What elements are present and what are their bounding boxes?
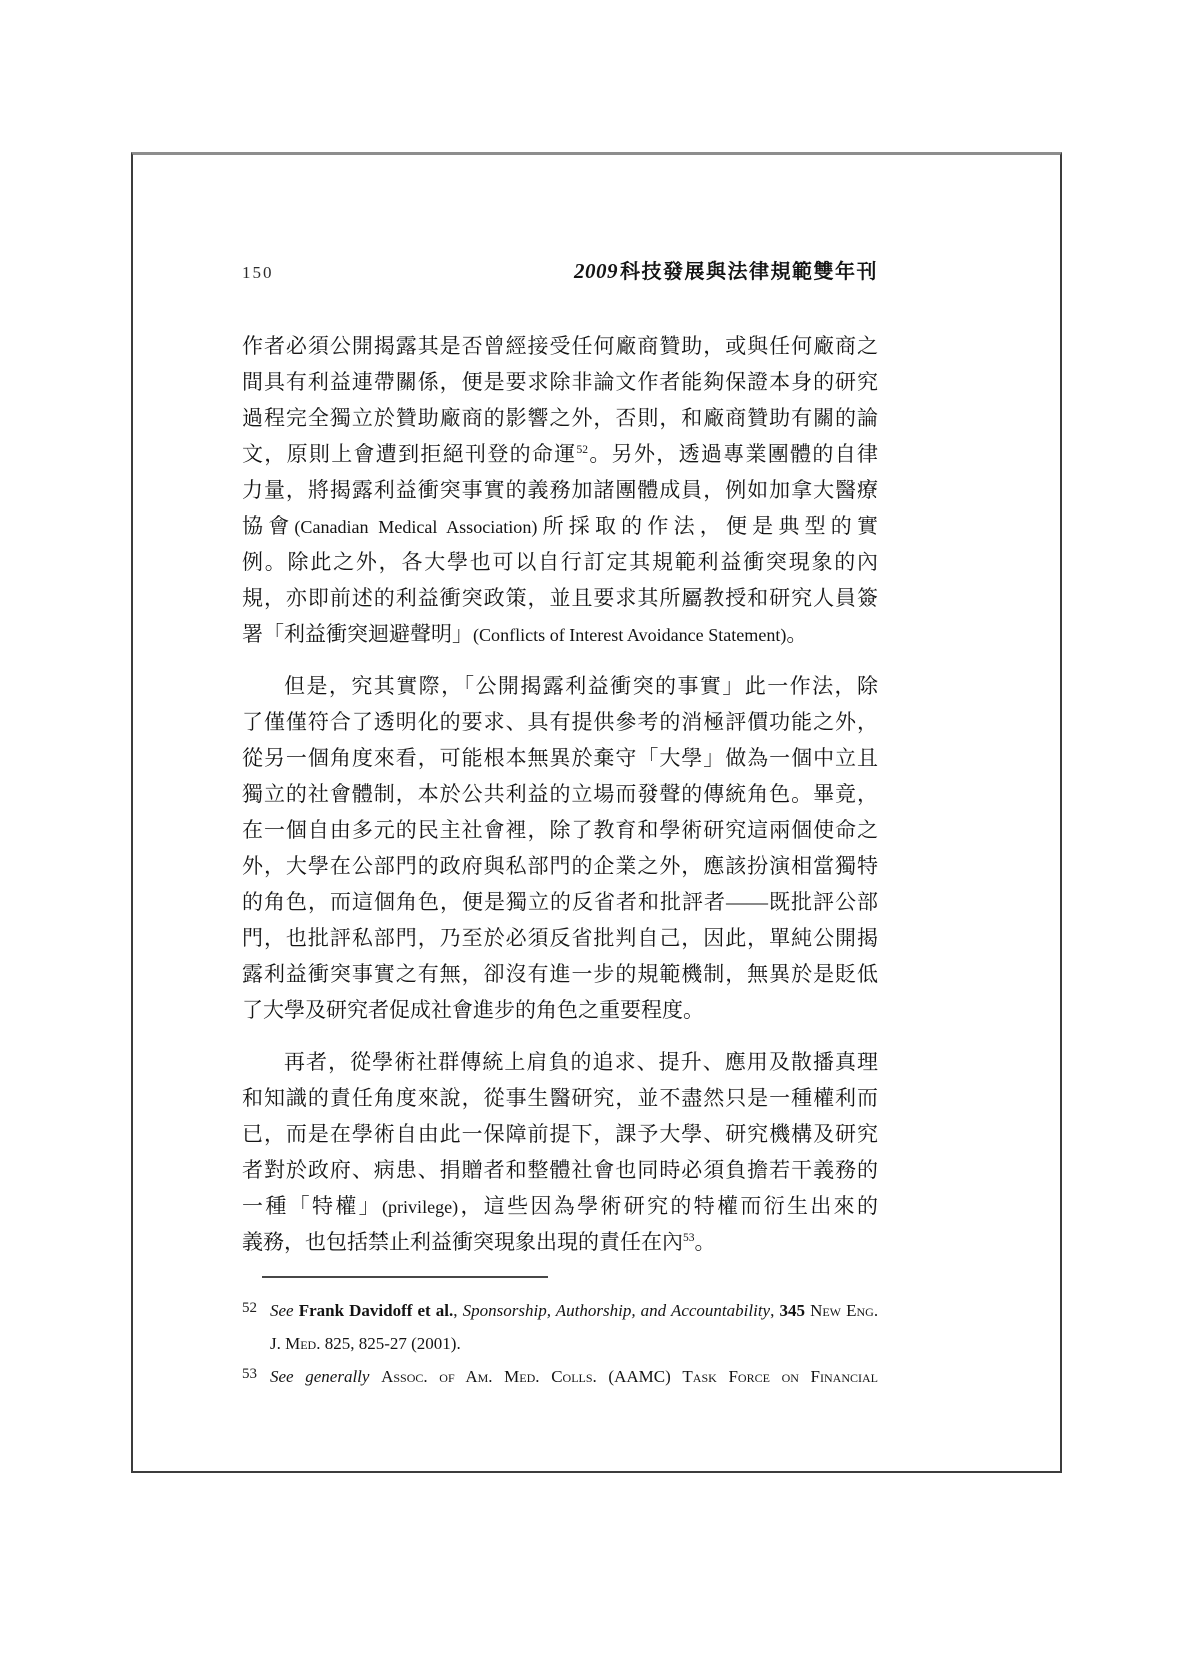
page-content: 150 2009科技發展與法律規範雙年刊 作者必須公開揭露其是否曾經接受任何廠商…: [242, 255, 878, 1393]
footnote-segment: [369, 1367, 381, 1386]
footnote-line: See generally Assoc. of Am. Med. Colls. …: [270, 1360, 878, 1393]
body-line: 了大學及研究者促成社會進步的角色之重要程度。: [242, 992, 878, 1028]
footnote-text: See generally Assoc. of Am. Med. Colls. …: [270, 1360, 878, 1393]
footnote-segment: (AAMC): [597, 1367, 683, 1386]
body-line: 義務，也包括禁止利益衝突現象出現的責任在內53。: [242, 1224, 878, 1260]
body-line: 規，亦即前述的利益衝突政策，並且要求其所屬教授和研究人員簽: [242, 580, 878, 616]
body-line: 過程完全獨立於贊助廠商的影響之外，否則，和廠商贊助有關的論: [242, 400, 878, 436]
body-line: 和知識的責任角度來說，從事生醫研究，並不盡然只是一種權利而: [242, 1080, 878, 1116]
page-border-frame: 150 2009科技發展與法律規範雙年刊 作者必須公開揭露其是否曾經接受任何廠商…: [131, 152, 1062, 1473]
body-line: 在一個自由多元的民主社會裡，除了教育和學術研究這兩個使命之: [242, 812, 878, 848]
body-line: 文，原則上會遭到拒絕刊登的命運52。另外，透過專業團體的自律: [242, 436, 878, 472]
body-line: 的角色，而這個角色，便是獨立的反省者和批評者——既批評公部: [242, 884, 878, 920]
footnote-line: See Frank Davidoff et al., Sponsorship, …: [270, 1294, 878, 1327]
body-text: 作者必須公開揭露其是否曾經接受任何廠商贊助，或與任何廠商之間具有利益連帶關係，便…: [242, 328, 878, 1260]
footnote-segment: ,: [453, 1301, 462, 1320]
paragraph: 但是，究其實際，「公開揭露利益衝突的事實」此一作法，除了僅僅符合了透明化的要求、…: [242, 668, 878, 1028]
body-line: 已，而是在學術自由此一保障前提下，課予大學、研究機構及研究: [242, 1116, 878, 1152]
body-line: 了僅僅符合了透明化的要求、具有提供參考的消極評價功能之外，: [242, 704, 878, 740]
body-line: 間具有利益連帶關係，便是要求除非論文作者能夠保證本身的研究: [242, 364, 878, 400]
body-line: 一種「特權」(privilege)，這些因為學術研究的特權而衍生出來的: [242, 1188, 878, 1224]
body-line: 者對於政府、病患、捐贈者和整體社會也同時必須負擔若干義務的: [242, 1152, 878, 1188]
footnote: 52See Frank Davidoff et al., Sponsorship…: [242, 1294, 878, 1360]
body-line: 從另一個角度來看，可能根本無異於棄守「大學」做為一個中立且: [242, 740, 878, 776]
footnote-segment: 825, 825-27 (2001).: [320, 1334, 460, 1353]
body-line: 獨立的社會體制，本於公共利益的立場而發聲的傳統角色。畢竟，: [242, 776, 878, 812]
footnote-number: 53: [242, 1358, 270, 1391]
footnotes: 52See Frank Davidoff et al., Sponsorship…: [242, 1294, 878, 1393]
footnote-text: See Frank Davidoff et al., Sponsorship, …: [270, 1294, 878, 1360]
footnote-segment: Task Force on Financial: [682, 1367, 878, 1386]
footnote-segment: Sponsorship, Authorship, and Accountabil…: [463, 1301, 770, 1320]
footnote-segment: New Eng.: [810, 1301, 878, 1320]
body-line: 露利益衝突事實之有無，卻沒有進一步的規範機制，無異於是貶低: [242, 956, 878, 992]
footnote-segment: See generally: [270, 1367, 369, 1386]
footnote-segment: Assoc. of Am. Med. Colls.: [381, 1367, 597, 1386]
body-line: 協會(Canadian Medical Association)所採取的作法，便…: [242, 508, 878, 544]
body-line: 門，也批評私部門，乃至於必須反省批判自己，因此，單純公開揭: [242, 920, 878, 956]
body-line: 例。除此之外，各大學也可以自行訂定其規範利益衝突現象的內: [242, 544, 878, 580]
footnote-segment: J. Med.: [270, 1334, 320, 1353]
footnote-ref: 52: [577, 444, 589, 456]
page-header: 150 2009科技發展與法律規範雙年刊: [242, 255, 878, 284]
body-line: 作者必須公開揭露其是否曾經接受任何廠商贊助，或與任何廠商之: [242, 328, 878, 364]
footnote-segment: See: [270, 1301, 294, 1320]
footnote-segment: 345: [779, 1301, 810, 1320]
footnote-segment: Frank Davidoff et al.: [299, 1301, 454, 1320]
body-line: 但是，究其實際，「公開揭露利益衝突的事實」此一作法，除: [242, 668, 878, 704]
footnote-separator: [262, 1276, 548, 1278]
journal-title: 科技發展與法律規範雙年刊: [620, 261, 878, 283]
page-number: 150: [242, 263, 274, 283]
journal-year: 2009: [574, 259, 618, 283]
footnote: 53See generally Assoc. of Am. Med. Colls…: [242, 1360, 878, 1393]
body-line: 署「利益衝突迴避聲明」(Conflicts of Interest Avoida…: [242, 616, 878, 652]
journal-running-head: 2009科技發展與法律規範雙年刊: [574, 255, 878, 284]
body-line: 力量，將揭露利益衝突事實的義務加諸團體成員，例如加拿大醫療: [242, 472, 878, 508]
body-line: 再者，從學術社群傳統上肩負的追求、提升、應用及散播真理: [242, 1044, 878, 1080]
paragraph: 作者必須公開揭露其是否曾經接受任何廠商贊助，或與任何廠商之間具有利益連帶關係，便…: [242, 328, 878, 652]
paragraph: 再者，從學術社群傳統上肩負的追求、提升、應用及散播真理和知識的責任角度來說，從事…: [242, 1044, 878, 1260]
footnote-number: 52: [242, 1292, 270, 1358]
footnote-line: J. Med. 825, 825-27 (2001).: [270, 1327, 878, 1360]
footnote-ref: 53: [683, 1232, 695, 1244]
body-line: 外，大學在公部門的政府與私部門的企業之外，應該扮演相當獨特: [242, 848, 878, 884]
